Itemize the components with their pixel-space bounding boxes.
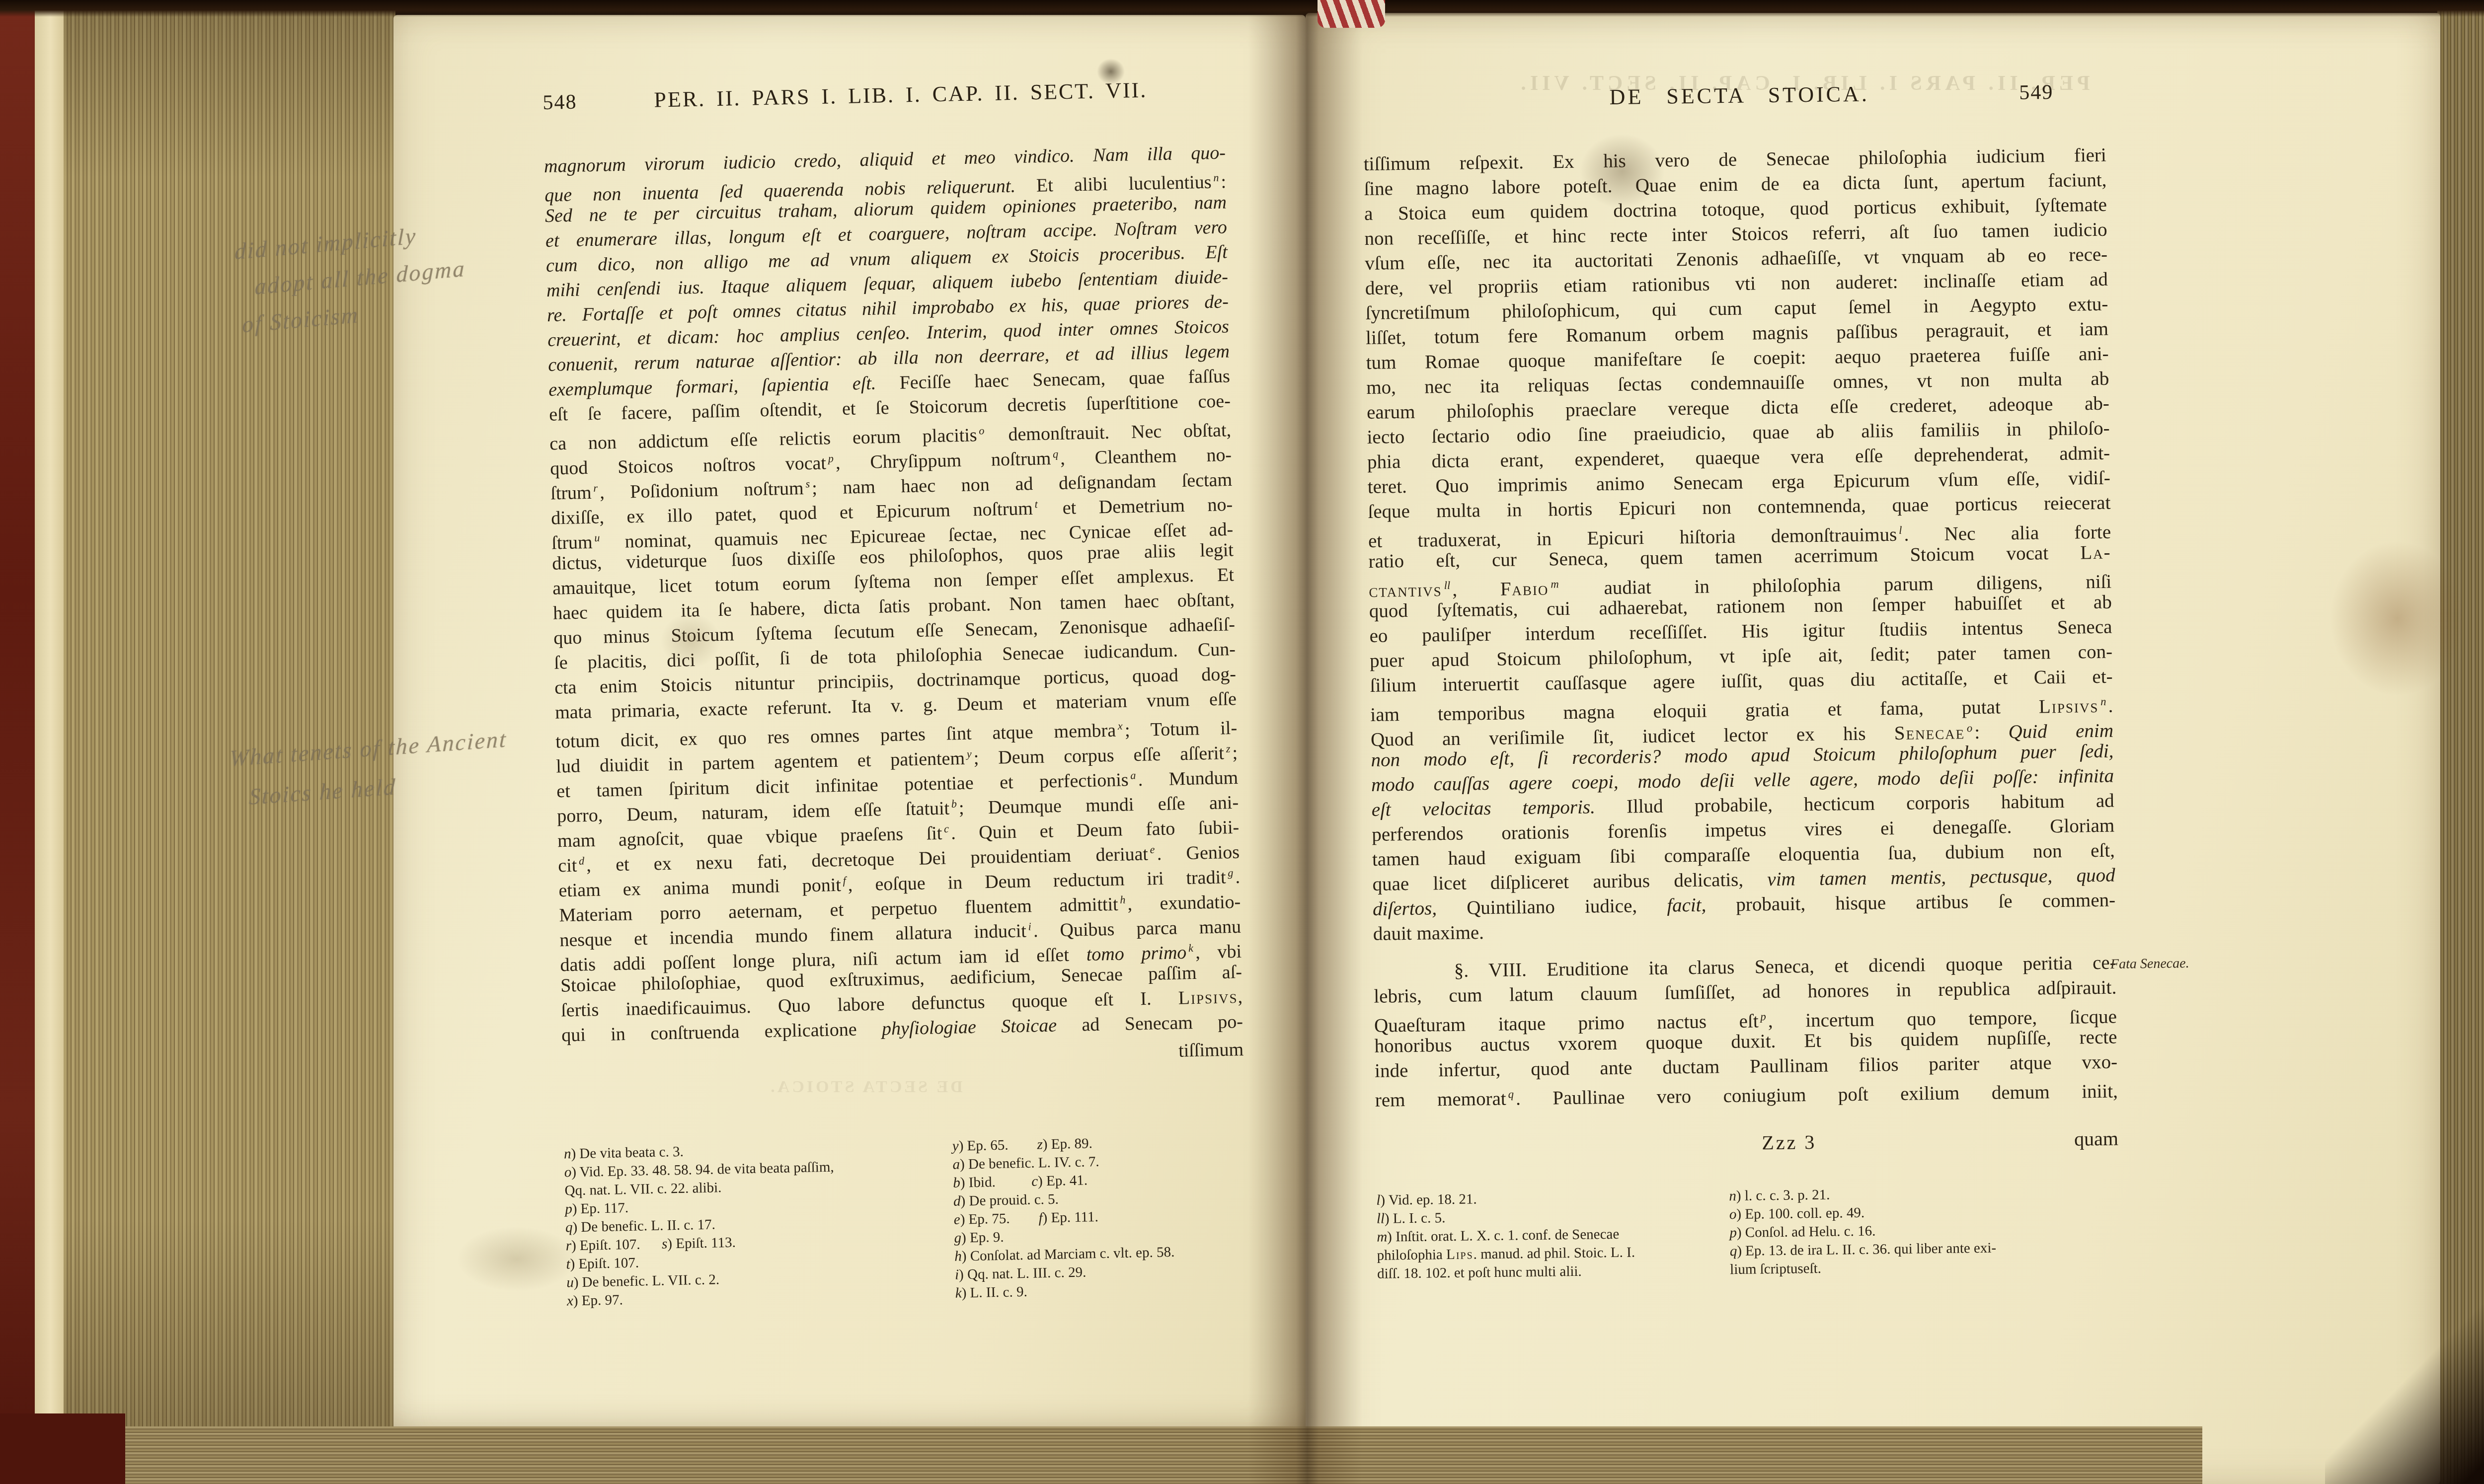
text-segment: ) De vita beata c. 3. bbox=[571, 1144, 684, 1162]
text-segment: ) Ibid. bbox=[960, 1174, 1032, 1191]
text-segment: ) De prouid. c. 5. bbox=[960, 1191, 1059, 1209]
footnote-reference: y bbox=[965, 747, 974, 760]
text-segment: g bbox=[954, 1230, 961, 1246]
text-segment: facit, bbox=[1667, 894, 1707, 916]
gathering-signature: Zzz 3 bbox=[1762, 1130, 1817, 1154]
text-segment: phyſiologiae Stoicae bbox=[856, 1015, 1057, 1040]
text-segment: rem memorat bbox=[1375, 1088, 1506, 1111]
footnote-reference: o bbox=[1965, 722, 1975, 734]
text-segment: k bbox=[955, 1285, 962, 1301]
footnote-reference: u bbox=[592, 531, 602, 544]
text-segment: ; bbox=[1232, 742, 1238, 763]
footnote-reference: x bbox=[1116, 720, 1125, 732]
text-segment: exemplumque formari, ſapientia eſt. bbox=[548, 373, 876, 400]
footnote-reference: ll bbox=[1442, 579, 1452, 592]
text-segment: s bbox=[662, 1236, 668, 1252]
footnote-reference: f bbox=[841, 874, 848, 887]
shadow-corner bbox=[2325, 1305, 2484, 1484]
footnote-reference: l bbox=[1897, 524, 1904, 536]
text-segment: ll bbox=[1377, 1211, 1385, 1227]
text-segment: ) Ep. 111. bbox=[1042, 1209, 1098, 1226]
text-segment: ) Ep. 117. bbox=[572, 1200, 628, 1217]
text-segment: x bbox=[567, 1293, 574, 1309]
footnote-reference: m bbox=[1549, 578, 1561, 590]
text-segment: o bbox=[564, 1164, 571, 1180]
text-segment: ) Ep. 100. coll. ep. 49. bbox=[1736, 1205, 1864, 1222]
text-segment: ) Ep. 9. bbox=[961, 1229, 1004, 1246]
text-segment: b bbox=[953, 1175, 960, 1191]
footnote-reference: n bbox=[1211, 171, 1221, 184]
text-segment: : bbox=[1221, 171, 1226, 192]
text-segment: ) Epiſt. 107. bbox=[570, 1255, 639, 1272]
page-header: DE SECTA STOICA. 549 bbox=[1363, 78, 2106, 117]
text-segment: philoſophia bbox=[1377, 1247, 1447, 1263]
text-segment: n bbox=[1729, 1188, 1736, 1204]
text-segment: lium ſcriptuseſt. bbox=[1730, 1261, 1821, 1277]
pencil-margin-note: did not implicitlyadopt all the dogmaof … bbox=[233, 213, 466, 344]
footnote-reference: q bbox=[1051, 447, 1061, 460]
text-segment: Qq. nat. L. VII. c. 22. alibi. bbox=[564, 1180, 722, 1198]
text-segment: diſſ. 18. 102. et poſt hunc multi alii. bbox=[1377, 1263, 1582, 1282]
text-segment: . manud. ad phil. Stoic. L. I. bbox=[1474, 1244, 1635, 1262]
text-segment: ) Conſol. ad Helu. c. 16. bbox=[1737, 1223, 1876, 1241]
page-left-content: 548 PER. II. PARS I. LIB. I. CAP. II. SE… bbox=[543, 75, 1248, 1310]
text-segment: ) De benefic. L. VII. c. 2. bbox=[573, 1271, 719, 1290]
footnote-reference: n bbox=[2098, 695, 2108, 708]
text-segment: ) Ep. 89. bbox=[1043, 1135, 1092, 1152]
text-line: diſſ. 18. 102. et poſt hunc multi alii. bbox=[1377, 1261, 1730, 1283]
text-segment: y bbox=[952, 1138, 959, 1154]
footnote-reference: d bbox=[577, 855, 587, 867]
page-right-content: DE SECTA STOICA. 549 tiſſimum reſpexit. … bbox=[1363, 78, 2120, 1283]
text-segment: ) Vid. Ep. 33. 48. 58. 94. de vita beata… bbox=[571, 1159, 834, 1181]
page-stack-edge-right bbox=[2437, 0, 2484, 1484]
page-number: 548 bbox=[543, 90, 577, 115]
body-text: tiſſimum reſpexit. Ex his vero de Seneca… bbox=[1364, 143, 2118, 1109]
body-text: magnorum virorum iudicio credo, aliquid … bbox=[544, 140, 1243, 1047]
book-cover-corner bbox=[0, 1413, 125, 1484]
footnote-reference: b bbox=[949, 797, 959, 810]
text-segment: ) Vid. ep. 18. 21. bbox=[1380, 1191, 1477, 1208]
text-segment: ) De benefic. L. IV. c. 7. bbox=[960, 1154, 1099, 1173]
footnote-reference: z bbox=[1224, 742, 1233, 754]
text-segment: Quintiliano iudice, bbox=[1437, 895, 1667, 919]
page-right: PER. II. PARS I. LIB. I. CAP. II. SECT. … bbox=[1306, 13, 2440, 1484]
text-segment: c bbox=[1031, 1173, 1038, 1189]
footnote-reference: s bbox=[803, 477, 812, 490]
running-title: DE SECTA STOICA. bbox=[1460, 79, 2019, 112]
text-segment: ) L. II. c. 9. bbox=[961, 1284, 1027, 1301]
footnote-reference: o bbox=[977, 424, 987, 437]
footnote-reference: k bbox=[1186, 942, 1195, 954]
footnote-area: l) Vid. ep. 18. 21.ll) L. I. c. 5.m) Inſ… bbox=[1376, 1183, 2120, 1283]
text-segment: cit bbox=[558, 855, 577, 877]
text-segment: eſt velocitas temporis. bbox=[1372, 796, 1596, 820]
text-segment: ) Qq. nat. L. III. c. 29. bbox=[959, 1264, 1087, 1283]
header-spacer bbox=[1363, 106, 1460, 107]
text-segment: ) Conſolat. ad Marciam c. vlt. ep. 58. bbox=[962, 1244, 1175, 1264]
flyleaf-edge bbox=[35, 0, 64, 1484]
footnote-reference: q bbox=[1506, 1088, 1516, 1100]
footnote-reference: p bbox=[1758, 1010, 1768, 1023]
signature-row: Zzz 3 quam bbox=[1376, 1127, 2119, 1162]
text-segment: . Paullinae vero coniugium poſt exilium … bbox=[1516, 1081, 2118, 1110]
text-segment: Lips bbox=[1446, 1246, 1474, 1262]
footnote-reference: g bbox=[1226, 866, 1236, 879]
text-segment: m bbox=[1377, 1229, 1387, 1245]
text-segment: ) De benefic. L. II. c. 17. bbox=[572, 1216, 715, 1235]
text-segment: h bbox=[954, 1249, 962, 1264]
text-segment: ad Senecam po- bbox=[1057, 1011, 1243, 1036]
printed-margin-note: Fata Senecae. bbox=[2110, 955, 2269, 972]
text-segment: quae licet diſpliceret auribus delicatis… bbox=[1372, 869, 1767, 895]
text-segment: q bbox=[565, 1219, 573, 1235]
text-segment: p bbox=[565, 1201, 572, 1217]
footnote-area: n) De vita beata c. 3.o) Vid. Ep. 33. 48… bbox=[564, 1131, 1248, 1310]
book-cover-left bbox=[0, 0, 35, 1484]
text-segment: probauit, hisque artibus ſe commen- bbox=[1706, 890, 2115, 916]
text-segment: e bbox=[954, 1212, 961, 1228]
text-segment: Illud probabile, hecticum corporis habit… bbox=[1595, 790, 2114, 818]
text-segment: . bbox=[1235, 867, 1240, 888]
text-segment: o bbox=[1729, 1206, 1737, 1222]
text-segment: ) Ep. 65. bbox=[958, 1136, 1037, 1154]
text-segment: z bbox=[1037, 1136, 1043, 1152]
text-segment: dauit maxime. bbox=[1373, 922, 1484, 945]
footnote-reference: p bbox=[826, 452, 836, 464]
text-segment: ) Ep. 75. bbox=[960, 1210, 1038, 1227]
text-segment: ) Ep. 13. de ira L. II. c. 36. qui liber… bbox=[1737, 1240, 1996, 1259]
text-segment: q bbox=[1730, 1243, 1737, 1259]
text-segment: vim tamen mentis, pectusque, quod bbox=[1767, 865, 2115, 890]
footnote-reference: i bbox=[1026, 920, 1033, 933]
text-segment: , bbox=[1238, 986, 1242, 1007]
text-segment: ) Ep. 97. bbox=[573, 1292, 623, 1309]
top-edge-shadow bbox=[0, 0, 2484, 17]
text-segment: diſertos, bbox=[1373, 897, 1437, 920]
text-segment: ) Epiſt. 107. bbox=[571, 1236, 662, 1254]
page-header: 548 PER. II. PARS I. LIB. I. CAP. II. SE… bbox=[543, 75, 1225, 119]
text-segment: ) L. I. c. 5. bbox=[1385, 1210, 1446, 1226]
footnote-reference: c bbox=[942, 822, 951, 835]
page-number: 549 bbox=[2019, 80, 2054, 105]
text-segment: d bbox=[953, 1193, 961, 1209]
footnote-reference: h bbox=[1118, 893, 1128, 906]
footnote-column-2: n) l. c. c. 3. p. 21.o) Ep. 100. coll. e… bbox=[1729, 1183, 2120, 1279]
text-segment: ) Epiſt. 113. bbox=[667, 1235, 736, 1252]
text-segment: u bbox=[566, 1274, 574, 1290]
page-left: DE SECTA STOICA. 548 PER. II. PARS I. LI… bbox=[393, 15, 1306, 1431]
footnote-column-1: n) De vita beata c. 3.o) Vid. Ep. 33. 48… bbox=[564, 1137, 956, 1311]
catchword: quam bbox=[2074, 1127, 2118, 1151]
footnote-reference: e bbox=[1148, 843, 1157, 855]
text-segment: a bbox=[952, 1157, 960, 1173]
running-title: PER. II. PARS I. LIB. I. CAP. II. SECT. … bbox=[577, 75, 1225, 114]
text-segment: ) Ep. 41. bbox=[1038, 1172, 1087, 1189]
text-segment: ) Inſtit. orat. L. X. c. 1. conf. de Sen… bbox=[1387, 1226, 1619, 1245]
text-segment: p bbox=[1729, 1225, 1737, 1241]
footnote-reference: a bbox=[1128, 769, 1138, 781]
text-segment: qui in conſtruenda explicatione bbox=[561, 1019, 857, 1046]
footnote-reference: t bbox=[1032, 498, 1040, 510]
text-segment: n bbox=[564, 1146, 571, 1162]
footnote-column-1: l) Vid. ep. 18. 21.ll) L. I. c. 5.m) Inſ… bbox=[1376, 1187, 1730, 1283]
text-segment: Lipsivs bbox=[1178, 986, 1238, 1008]
text-segment: La- bbox=[2080, 542, 2111, 564]
text-segment: ) l. c. c. 3. p. 21. bbox=[1736, 1187, 1830, 1204]
footnote-column-2: y) Ep. 65. z) Ep. 89.a) De benefic. L. I… bbox=[952, 1131, 1249, 1303]
headband bbox=[1318, 0, 1385, 28]
footnote-reference: r bbox=[591, 482, 600, 494]
book-scan: DE SECTA STOICA. 548 PER. II. PARS I. LI… bbox=[0, 0, 2484, 1484]
page-stack-edge-bottom bbox=[118, 1426, 2202, 1484]
text-segment: . bbox=[2108, 695, 2113, 717]
